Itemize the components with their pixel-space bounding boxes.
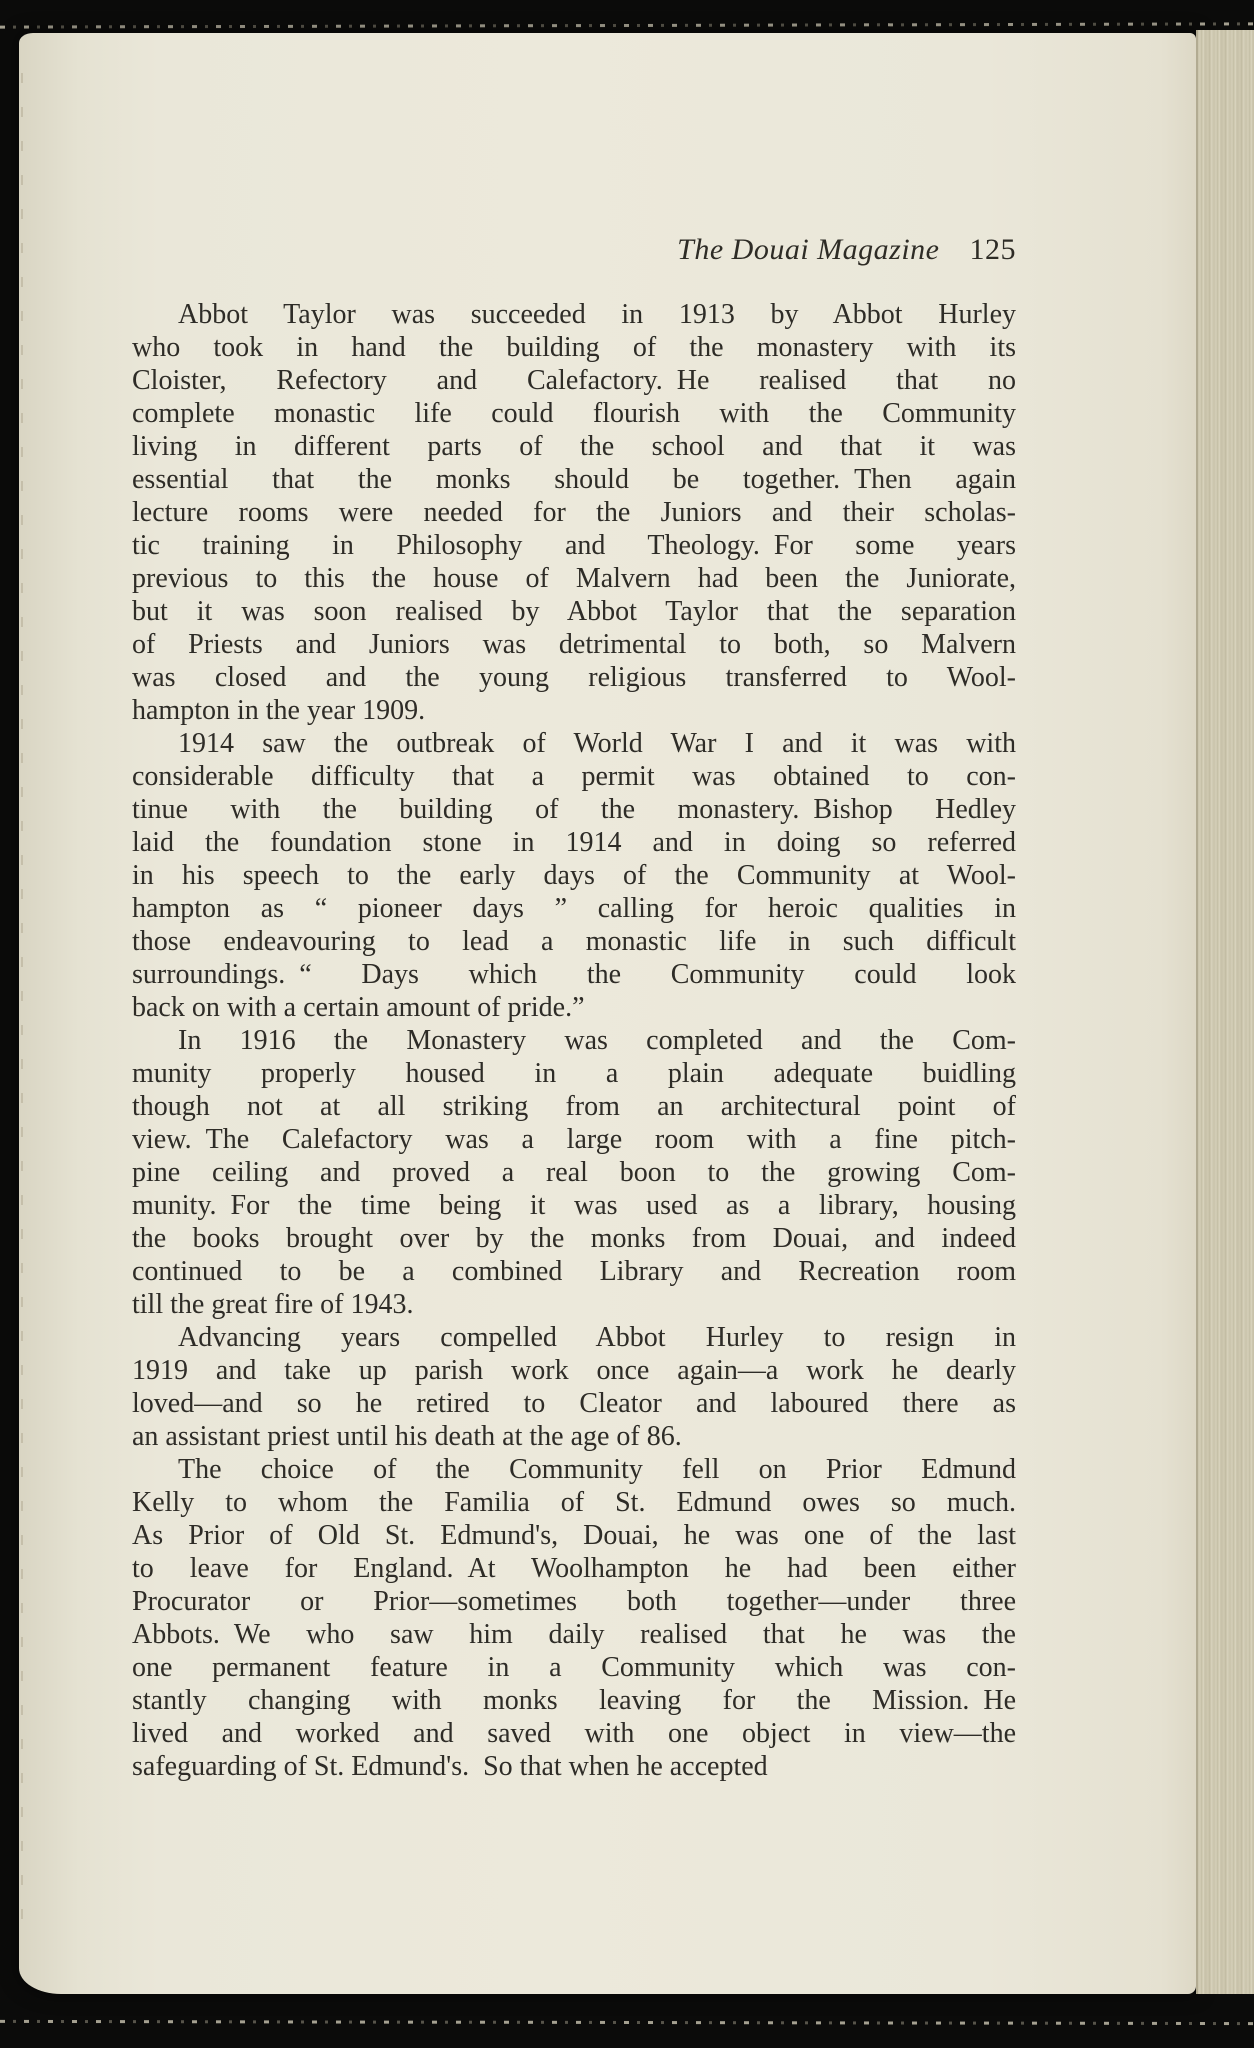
text-line: hampton in the year 1909. xyxy=(132,694,1016,727)
text-line: hampton as “ pioneer days ” calling for … xyxy=(132,892,1016,925)
text-line: safeguarding of St. Edmund's. So that wh… xyxy=(132,1750,1016,1783)
text-block: Abbot Taylor was succeeded in 1913 by Ab… xyxy=(132,298,1016,1783)
text-line: 1919 and take up parish work once again—… xyxy=(132,1354,1016,1387)
text-line: munity. For the time being it was used a… xyxy=(132,1189,1016,1222)
text-line: lived and worked and saved with one obje… xyxy=(132,1717,1016,1750)
paragraph: Advancing years compelled Abbot Hurley t… xyxy=(132,1321,1016,1453)
text-line: though not at all striking from an archi… xyxy=(132,1090,1016,1123)
text-line: Kelly to whom the Familia of St. Edmund … xyxy=(132,1486,1016,1519)
text-line: 1914 saw the outbreak of World War I and… xyxy=(132,727,1016,760)
text-line: one permanent feature in a Community whi… xyxy=(132,1651,1016,1684)
page: The Douai Magazine125 Abbot Taylor was s… xyxy=(19,33,1196,1994)
text-line: surroundings. “ Days which the Community… xyxy=(132,958,1016,991)
paragraph: 1914 saw the outbreak of World War I and… xyxy=(132,727,1016,1024)
text-line: Cloister, Refectory and Calefactory. He … xyxy=(132,364,1016,397)
text-line: those endeavouring to lead a monastic li… xyxy=(132,925,1016,958)
binding-stitch-bottom xyxy=(0,2020,1254,2025)
paragraph: Abbot Taylor was succeeded in 1913 by Ab… xyxy=(132,298,1016,727)
text-line: till the great fire of 1943. xyxy=(132,1288,1016,1321)
text-line: of Priests and Juniors was detrimental t… xyxy=(132,628,1016,661)
text-line: but it was soon realised by Abbot Taylor… xyxy=(132,595,1016,628)
text-line: In 1916 the Monastery was completed and … xyxy=(132,1024,1016,1057)
text-line: complete monastic life could flourish wi… xyxy=(132,397,1016,430)
text-line: munity properly housed in a plain adequa… xyxy=(132,1057,1016,1090)
fore-edge-page-stack xyxy=(1196,30,1254,1994)
text-line: The choice of the Community fell on Prio… xyxy=(132,1453,1016,1486)
text-line: the books brought over by the monks from… xyxy=(132,1222,1016,1255)
paragraph: The choice of the Community fell on Prio… xyxy=(132,1453,1016,1783)
paragraph: In 1916 the Monastery was completed and … xyxy=(132,1024,1016,1321)
text-line: tinue with the building of the monastery… xyxy=(132,793,1016,826)
text-line: pine ceiling and proved a real boon to t… xyxy=(132,1156,1016,1189)
text-line: view. The Calefactory was a large room w… xyxy=(132,1123,1016,1156)
text-line: previous to this the house of Malvern ha… xyxy=(132,562,1016,595)
text-line: lecture rooms were needed for the Junior… xyxy=(132,496,1016,529)
text-line: an assistant priest until his death at t… xyxy=(132,1420,1016,1453)
text-line: tic training in Philosophy and Theology.… xyxy=(132,529,1016,562)
text-line: loved—and so he retired to Cleator and l… xyxy=(132,1387,1016,1420)
text-line: back on with a certain amount of pride.” xyxy=(132,991,1016,1024)
text-line: laid the foundation stone in 1914 and in… xyxy=(132,826,1016,859)
text-line: who took in hand the building of the mon… xyxy=(132,331,1016,364)
text-line: was closed and the young religious trans… xyxy=(132,661,1016,694)
text-line: stantly changing with monks leaving for … xyxy=(132,1684,1016,1717)
magazine-title: The Douai Magazine xyxy=(677,233,939,266)
text-line: considerable difficulty that a permit wa… xyxy=(132,760,1016,793)
text-line: Abbots. We who saw him daily realised th… xyxy=(132,1618,1016,1651)
text-line: Advancing years compelled Abbot Hurley t… xyxy=(132,1321,1016,1354)
running-head: The Douai Magazine125 xyxy=(132,233,1016,267)
text-line: essential that the monks should be toget… xyxy=(132,463,1016,496)
text-line: in his speech to the early days of the C… xyxy=(132,859,1016,892)
text-line: living in different parts of the school … xyxy=(132,430,1016,463)
text-line: continued to be a combined Library and R… xyxy=(132,1255,1016,1288)
page-number: 125 xyxy=(970,233,1017,266)
text-line: Procurator or Prior—sometimes both toget… xyxy=(132,1585,1016,1618)
book-scan-background: The Douai Magazine125 Abbot Taylor was s… xyxy=(0,0,1254,2048)
text-line: Abbot Taylor was succeeded in 1913 by Ab… xyxy=(132,298,1016,331)
text-line: to leave for England. At Woolhampton he … xyxy=(132,1552,1016,1585)
text-line: As Prior of Old St. Edmund's, Douai, he … xyxy=(132,1519,1016,1552)
binding-stitch-top xyxy=(0,22,1254,28)
